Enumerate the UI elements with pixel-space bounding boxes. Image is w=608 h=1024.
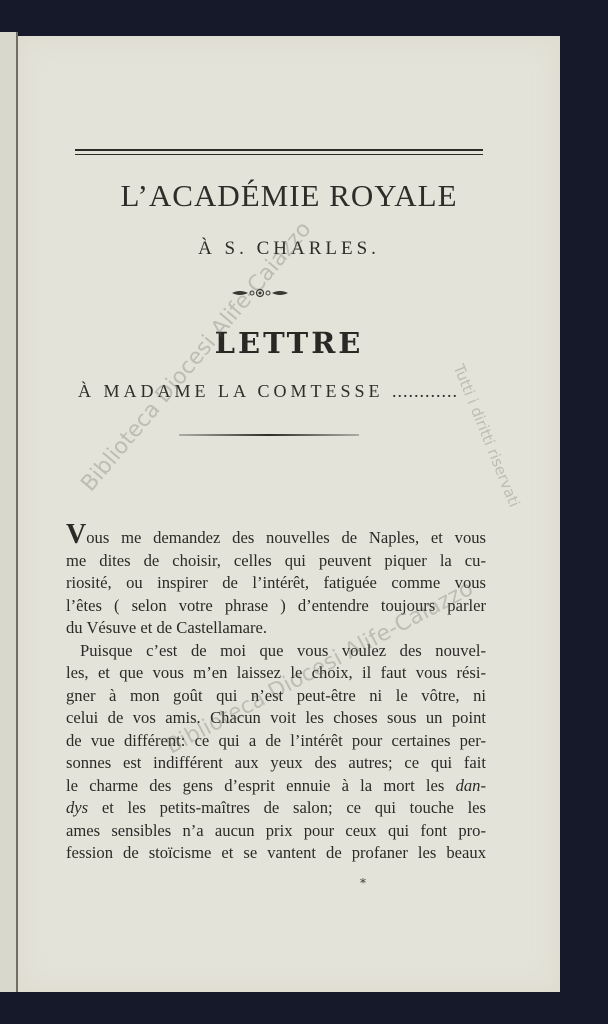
recipient-text: À MADAME LA COMTESSE (78, 381, 384, 401)
tapered-rule-divider (179, 434, 359, 436)
signature-mark: * (360, 876, 366, 890)
italic-word: dan- (456, 776, 486, 795)
italic-word: dys (66, 798, 88, 817)
recipient-dots: ............ (392, 381, 458, 401)
dropcap: V (66, 519, 86, 550)
text-line: de vue différent: ce qui a de l’intérêt … (66, 730, 486, 753)
section-title: LETTRE (18, 326, 560, 360)
text-line: sonnes est indifférent aux yeux des autr… (66, 752, 486, 775)
text-line: Vous me demandez des nouvelles de Naples… (66, 526, 486, 550)
text-line: Puisque c’est de moi que vous voulez des… (66, 640, 486, 663)
text-line: me dites de choisir, celles qui peuvent … (66, 550, 486, 573)
text-line: celui de vos amis. Chacun voit les chose… (66, 707, 486, 730)
book-page: L’ACADÉMIE ROYALE À S. CHARLES. LETTRE À… (18, 36, 560, 992)
adjacent-page-edge (0, 32, 18, 992)
text-line: riosité, ou inspirer de l’intérêt, fatig… (66, 572, 486, 595)
text-line: fession de stoïcisme et se vantent de pr… (66, 842, 486, 865)
recipient-line: À MADAME LA COMTESSE ............ (78, 381, 458, 402)
text-line: le charme des gens d’esprit ennuie à la … (66, 775, 486, 798)
text-line: ames sensibles n’a aucun prix pour ceux … (66, 820, 486, 843)
double-rule-divider (75, 149, 483, 155)
header-title: L’ACADÉMIE ROYALE (18, 178, 560, 214)
watermark-right: Tutti i diritti riservati (450, 362, 524, 510)
text-line: dys et les petits-maîtres de salon; ce q… (66, 797, 486, 820)
